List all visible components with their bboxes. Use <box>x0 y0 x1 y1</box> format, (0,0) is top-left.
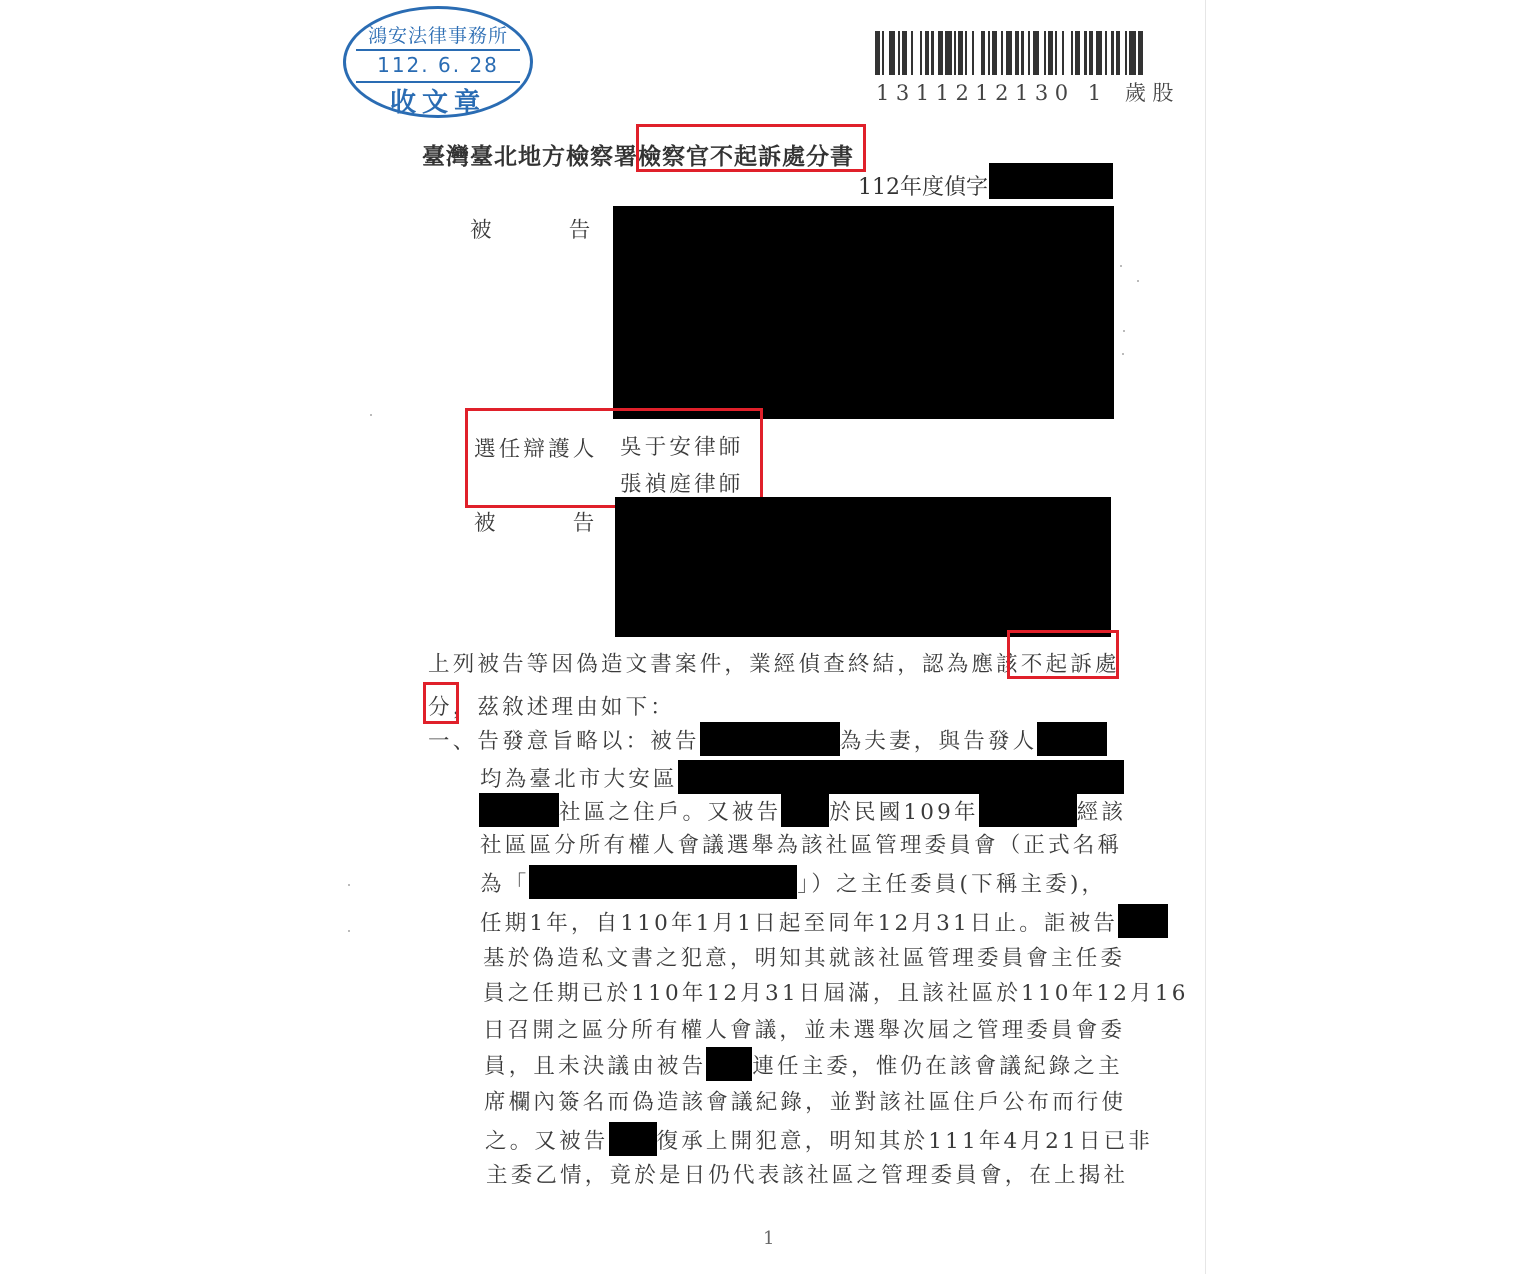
redaction-block <box>479 793 559 827</box>
defendant-label-2: 被 告 <box>474 506 598 537</box>
stamp-date: 112. 6. 28 <box>346 53 530 77</box>
line-text: 為「 <box>480 867 529 898</box>
redaction-block <box>979 793 1077 827</box>
line-text: 員之任期已於110年12月31日屆滿，且該社區於110年12月16 <box>483 976 1189 1007</box>
stamp-firm-name: 鴻安法律事務所 <box>346 21 530 48</box>
line-text: 復承上開犯意，明知其於111年4月21日已非 <box>657 1124 1153 1155</box>
line-text: 均為臺北市大安區 <box>480 762 678 793</box>
redaction-block <box>700 722 840 756</box>
line-text: 」）之主任委員(下稱主委)， <box>797 867 1106 898</box>
redaction-block <box>609 1122 657 1156</box>
redaction-block <box>529 865 797 899</box>
scan-speck <box>370 414 372 416</box>
highlight-box-defense-counsel <box>465 408 763 508</box>
section-1-line: 任期1年，自110年1月1日起至同年12月31日止。詎被告 <box>480 904 1168 938</box>
section-1-line: 為「」）之主任委員(下稱主委)， <box>480 865 1106 899</box>
line-text: 日召開之區分所有權人會議，並未選舉次屆之管理委員會委 <box>483 1013 1125 1044</box>
redaction-block <box>706 1047 752 1081</box>
redaction-block <box>1037 722 1107 756</box>
barcode-number: 1311212130 1 <box>876 81 1108 105</box>
intro-line-2: 分，茲敘述理由如下： <box>428 690 675 721</box>
redaction-block <box>781 793 829 827</box>
section-1-line: 社區區分所有權人會議選舉為該社區管理委員會（正式名稱 <box>480 828 1122 859</box>
highlight-box-non-prosecution-2 <box>423 682 459 724</box>
section-1-line: 基於偽造私文書之犯意，明知其就該社區管理委員會主任委 <box>483 941 1125 972</box>
line-text: 基於偽造私文書之犯意，明知其就該社區管理委員會主任委 <box>483 941 1125 972</box>
barcode-division: 歲股 <box>1125 81 1180 105</box>
highlight-box-title <box>636 124 866 172</box>
line-text: 社區區分所有權人會議選舉為該社區管理委員會（正式名稱 <box>480 828 1122 859</box>
line-text: 社區之住戶。又被告 <box>559 795 781 826</box>
scan-speck <box>348 930 350 932</box>
redaction-block <box>1118 904 1168 938</box>
barcode-label: 1311212130 1 歲股 <box>876 77 1180 107</box>
highlight-box-non-prosecution-1 <box>1007 630 1119 679</box>
redaction-defendant-2 <box>615 497 1111 637</box>
line-text: 之。又被告 <box>485 1124 609 1155</box>
section-1-line: 均為臺北市大安區 <box>480 760 1124 794</box>
scan-speck <box>1120 265 1122 267</box>
page-number: 1 <box>763 1228 774 1249</box>
redaction-case-number <box>989 163 1113 199</box>
scan-speck <box>1122 353 1124 355</box>
case-number-prefix: 112年度偵字 <box>858 175 988 200</box>
section-1-line: 席欄內簽名而偽造該會議紀錄，並對該社區住戶公布而行使 <box>484 1085 1126 1116</box>
stamp-label: 收文章 <box>346 82 530 119</box>
section-1-line: 之。又被告復承上開犯意，明知其於111年4月21日已非 <box>485 1122 1153 1156</box>
section-1-line: 主委乙情，竟於是日仍代表該社區之管理委員會，在上揭社 <box>486 1158 1128 1189</box>
section-1-line: 日召開之區分所有權人會議，並未選舉次屆之管理委員會委 <box>483 1013 1125 1044</box>
stamp-divider <box>356 49 520 51</box>
line-text: 席欄內簽名而偽造該會議紀錄，並對該社區住戶公布而行使 <box>484 1085 1126 1116</box>
scan-speck <box>348 884 350 886</box>
section-1-line: 員，且未決議由被告連任主委，惟仍在該會議紀錄之主 <box>484 1047 1123 1081</box>
line-text: 經該 <box>1077 795 1126 826</box>
redaction-block <box>678 760 1124 794</box>
line-text: 一、告發意旨略以：被告 <box>428 724 700 755</box>
scan-speck <box>1123 330 1125 332</box>
line-text: 為夫妻，與告發人 <box>840 724 1038 755</box>
line-text: 主委乙情，竟於是日仍代表該社區之管理委員會，在上揭社 <box>486 1158 1128 1189</box>
barcode <box>875 31 1143 75</box>
received-stamp: 鴻安法律事務所 112. 6. 28 收文章 <box>343 6 533 118</box>
line-text: 員，且未決議由被告 <box>484 1049 706 1080</box>
line-text: 連任主委，惟仍在該會議紀錄之主 <box>752 1049 1123 1080</box>
page-edge <box>1205 0 1206 1274</box>
redaction-defendant-1 <box>613 206 1114 419</box>
scan-speck <box>1137 280 1139 282</box>
line-text: 任期1年，自110年1月1日起至同年12月31日止。詎被告 <box>480 906 1118 937</box>
intro-text: 上列被告等因偽造文書案件，業經偵查終結，認為應該 <box>428 652 1021 677</box>
section-1-line: 員之任期已於110年12月31日屆滿，且該社區於110年12月16 <box>483 976 1189 1007</box>
defendant-label-1: 被 告 <box>470 213 594 244</box>
case-number: 112年度偵字 <box>858 170 988 201</box>
title-agency: 臺灣臺北地方檢察署 <box>422 143 638 170</box>
section-1-line: 社區之住戶。又被告於民國109年經該 <box>479 793 1126 827</box>
line-text: 於民國109年 <box>829 795 978 826</box>
intro-text: ，茲敘述理由如下： <box>453 695 675 720</box>
section-1-line: 一、告發意旨略以：被告為夫妻，與告發人 <box>428 722 1107 756</box>
